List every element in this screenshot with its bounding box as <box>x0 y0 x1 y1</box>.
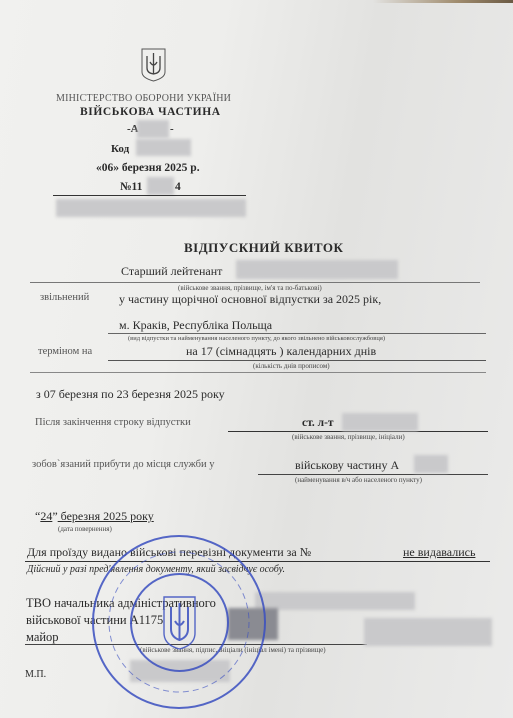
travel-docs-value: не видавались <box>403 545 475 560</box>
released-label: звільнений <box>40 292 89 303</box>
leave-period: з 07 березня по 23 березня 2025 року <box>36 387 225 402</box>
leave-type-value: у частину щорічної основної відпустки за… <box>119 292 381 307</box>
destination-caption: (вид відпустки та найменування населеног… <box>128 335 385 342</box>
obliged-label: зобов`язаний прибути до місця служби у <box>32 459 215 470</box>
obliged-line <box>258 474 488 475</box>
redacted-reference <box>56 199 246 217</box>
redacted-officer-name <box>342 413 418 431</box>
signer-rank: майор <box>26 630 59 645</box>
background-edge <box>373 0 513 3</box>
code-label: Код <box>111 143 129 155</box>
after-leave-caption: (військове звання, прізвище, ініціали) <box>292 433 405 441</box>
official-stamp <box>92 535 266 709</box>
redacted-full-name <box>236 260 398 279</box>
rank-name-line <box>30 282 480 283</box>
return-month-year: березня 2025 року <box>58 509 154 523</box>
obliged-value: військову частину А <box>295 458 399 473</box>
seal-label: М.П. <box>25 669 46 680</box>
ministry-name: МІНІСТЕРСТВО ОБОРОНИ УКРАЇНИ <box>56 93 231 104</box>
stamp-trident-icon <box>132 575 227 670</box>
return-day: 24 <box>40 509 52 523</box>
document-number-suffix: 4 <box>175 181 181 193</box>
term-value: на 17 (сімнадцять ) календарних днів <box>186 344 376 359</box>
document-title: ВІДПУСКНИЙ КВИТОК <box>184 240 343 256</box>
document-number-prefix: №11 <box>120 181 142 193</box>
unit-title: ВІЙСЬКОВА ЧАСТИНА <box>80 106 221 118</box>
header-underline <box>53 195 246 196</box>
term-label: терміном на <box>38 346 92 357</box>
issue-date: «06» березня 2025 р. <box>96 162 200 174</box>
return-date: “24” березня 2025 року <box>35 509 154 524</box>
redacted-signer-name <box>364 618 492 646</box>
unit-code-suffix: - <box>170 123 174 135</box>
destination-line <box>108 333 486 334</box>
stamp-inner-ring <box>130 573 229 672</box>
after-leave-label: Після закінчення строку відпустки <box>35 417 191 428</box>
return-date-caption: (дата повернення) <box>58 525 112 533</box>
rank-name-value: Старший лейтенант <box>121 264 222 279</box>
term-caption: (кількість днів прописом) <box>253 362 330 370</box>
redacted-unit-number <box>137 120 169 138</box>
destination-value: м. Краків, Республіка Польща <box>119 318 272 333</box>
redacted-code <box>136 139 191 156</box>
rank-name-caption: (військове звання, прізвище, ім'я та по-… <box>178 284 322 292</box>
redacted-unit-destination <box>414 455 448 473</box>
trident-icon <box>140 48 167 82</box>
after-leave-value: ст. л-т <box>302 417 334 429</box>
redacted-signer-top <box>255 592 415 610</box>
obliged-caption: (найменування в/ч або населеного пункту) <box>295 476 422 484</box>
term-lower-line <box>30 372 486 373</box>
after-leave-line <box>228 431 488 432</box>
term-line <box>108 360 486 361</box>
document-page: МІНІСТЕРСТВО ОБОРОНИ УКРАЇНИ ВІЙСЬКОВА Ч… <box>0 0 513 718</box>
redacted-document-number <box>147 177 174 195</box>
